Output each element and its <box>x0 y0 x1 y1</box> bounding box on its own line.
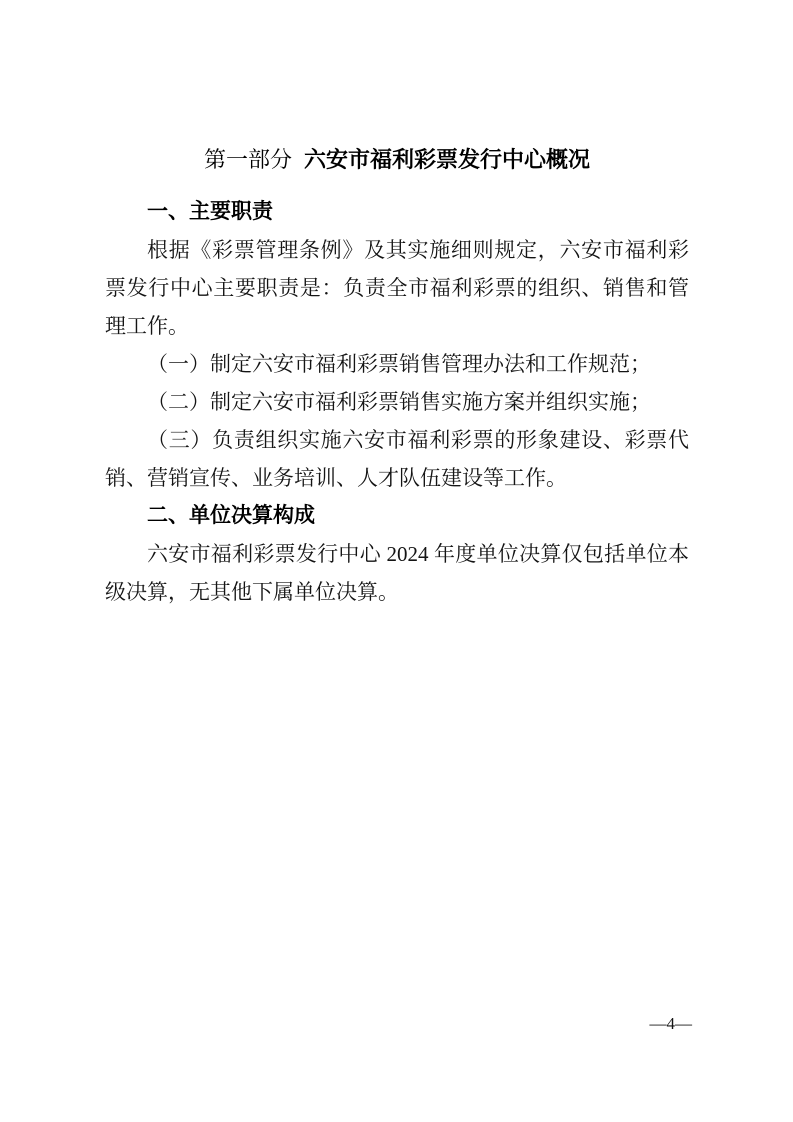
section-1-paragraph-2: （一）制定六安市福利彩票销售管理办法和工作规范； <box>105 345 689 383</box>
document-title-main-text: 六安市福利彩票发行中心概况 <box>304 147 590 172</box>
section-heading-1: 一、主要职责 <box>105 193 689 231</box>
document-title-part-label: 第一部分 <box>204 147 292 172</box>
section-1-paragraph-4: （三）负责组织实施六安市福利彩票的形象建设、彩票代销、营销宣传、业务培训、人才队… <box>105 421 689 497</box>
section-1-paragraph-3: （二）制定六安市福利彩票销售实施方案并组织实施； <box>105 383 689 421</box>
document-title: 第一部分六安市福利彩票发行中心概况 <box>105 144 689 176</box>
section-2-paragraph-1: 六安市福利彩票发行中心 2024 年度单位决算仅包括单位本级决算，无其他下属单位… <box>105 535 689 611</box>
document-content: 第一部分六安市福利彩票发行中心概况 一、主要职责 根据《彩票管理条例》及其实施细… <box>105 0 689 611</box>
document-page: 第一部分六安市福利彩票发行中心概况 一、主要职责 根据《彩票管理条例》及其实施细… <box>0 0 793 1122</box>
section-heading-2: 二、单位决算构成 <box>105 497 689 535</box>
section-1-paragraph-1: 根据《彩票管理条例》及其实施细则规定，六安市福利彩票发行中心主要职责是：负责全市… <box>105 231 689 345</box>
page-number: —4— <box>650 1012 693 1036</box>
